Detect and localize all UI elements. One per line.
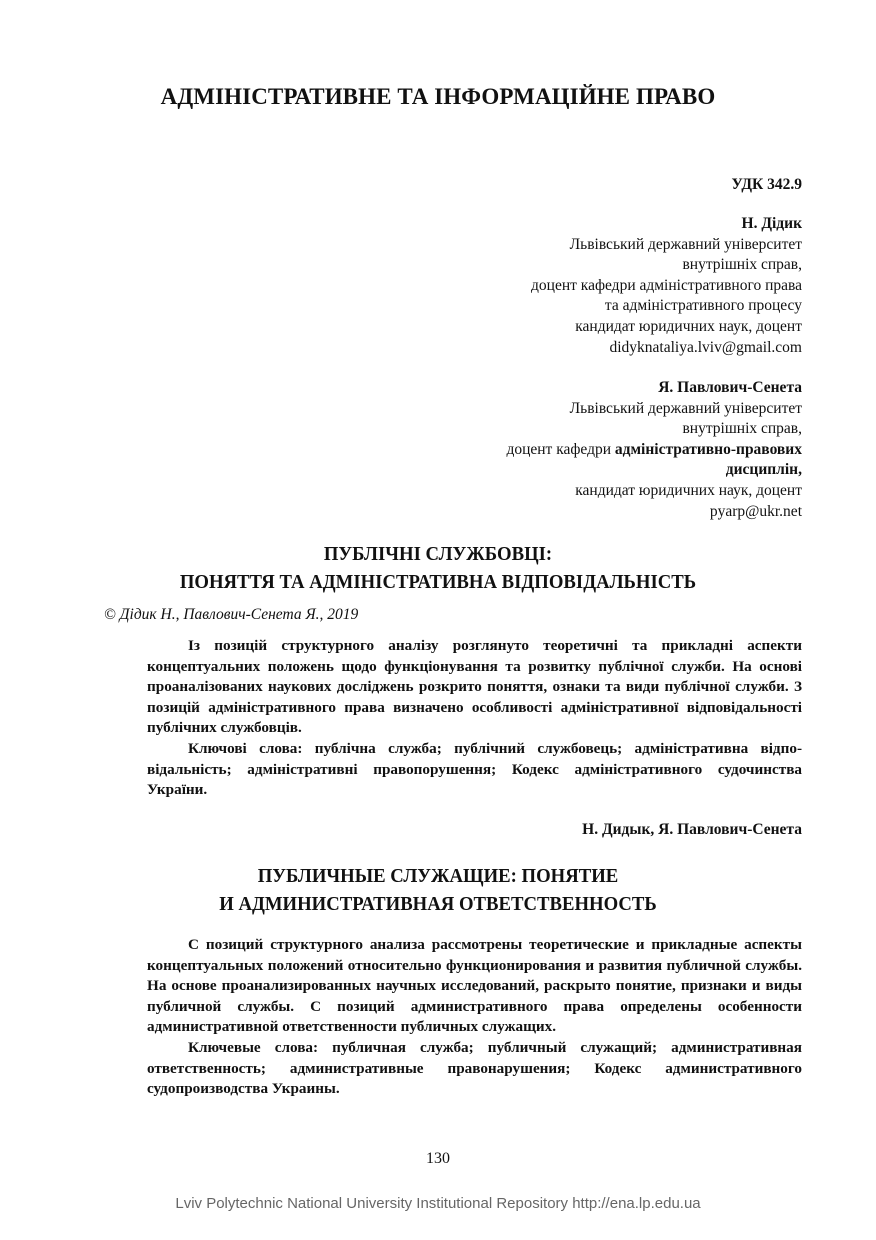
page-number: 130 [0,1150,876,1168]
affiliation-line: Львівський державний університет [506,399,802,420]
title-line: ПОНЯТТЯ ТА АДМІНІСТРАТИВНА ВІДПОВІДАЛЬНІ… [18,569,859,597]
title-line: ПУБЛІЧНІ СЛУЖБОВЦІ: [18,541,859,569]
author-email[interactable]: pyarp@ukr.net [506,502,802,523]
authors-ru: Н. Дидык, Я. Павлович-Сенета [582,821,802,839]
author-name: Я. Павлович-Сенета [506,378,802,399]
abstract-ua: Із позицій структурного аналізу розгляну… [147,636,802,739]
degree-line: кандидат юридичних наук, доцент [506,481,802,502]
position-line: доцент кафедри адміністративно-правових [506,440,802,461]
article-title-ru: ПУБЛИЧНЫЕ СЛУЖАЩИЕ: ПОНЯТИЕ И АДМИНИСТРА… [18,863,859,919]
position-line: та адміністративного процесу [531,296,802,317]
affiliation-line: внутрішніх справ, [506,419,802,440]
author-name: Н. Дідик [531,214,802,235]
article-title-ua: ПУБЛІЧНІ СЛУЖБОВЦІ: ПОНЯТТЯ ТА АДМІНІСТР… [18,541,859,597]
udk-code: УДК 342.9 [732,176,802,194]
copyright-notice: © Дідик Н., Павлович-Сенета Я., 2019 [104,606,358,624]
keywords-ua: Ключові слова: публічна служба; публічни… [147,739,802,801]
affiliation-line: Львівський державний університет [531,235,802,256]
department-name: адміністративно-правових [615,441,802,458]
position-prefix: доцент кафедри [506,441,614,458]
affiliation-line: внутрішніх справ, [531,255,802,276]
position-line: дисциплін, [506,460,802,481]
repository-footer: Lviv Polytechnic National University Ins… [0,1195,876,1212]
title-line: ПУБЛИЧНЫЕ СЛУЖАЩИЕ: ПОНЯТИЕ [18,863,859,891]
degree-line: кандидат юридичних наук, доцент [531,317,802,338]
author-block-2: Я. Павлович-Сенета Львівський державний … [506,378,802,522]
position-line: доцент кафедри адміністративного права [531,276,802,297]
title-line: И АДМИНИСТРАТИВНАЯ ОТВЕТСТВЕННОСТЬ [18,891,859,919]
keywords-ru: Ключевые слова: публичная служба; публич… [147,1038,802,1100]
author-email[interactable]: didyknataliya.lviv@gmail.com [531,338,802,359]
abstract-ru: С позиций структурного анализа рассмотре… [147,935,802,1038]
author-block-1: Н. Дідик Львівський державний університе… [531,214,802,358]
section-heading: АДМІНІСТРАТИВНЕ ТА ІНФОРМАЦІЙНЕ ПРАВО [0,84,876,110]
